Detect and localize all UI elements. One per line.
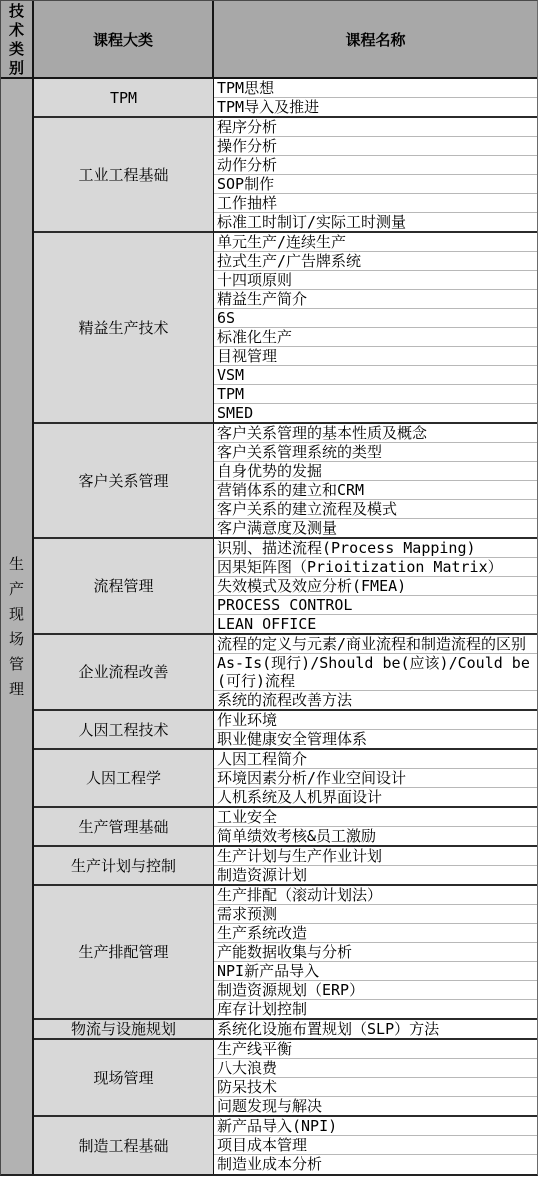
course-name-cell: 精益生产简介 [214,290,537,309]
group-row: 精益生产技术单元生产/连续生产拉式生产/广告牌系统十四项原则精益生产简介6S标准… [34,233,537,424]
course-name-cell: 失效模式及效应分析(FMEA) [214,577,537,596]
course-list: 新产品导入(NPI)项目成本管理制造业成本分析 [214,1117,537,1174]
course-name-cell: 程序分析 [214,118,537,137]
table-body: 生产现场管理 TPMTPM思想TPM导入及推进工业工程基础程序分析操作分析动作分… [1,79,537,1174]
header-tech-category-label: 技术类别 [9,2,25,77]
course-list: 生产计划与生产作业计划制造资源计划 [214,847,537,886]
course-list: 客户关系管理的基本性质及概念客户关系管理系统的类型自身优势的发掘营销体系的建立和… [214,424,537,539]
course-name-cell: VSM [214,366,537,385]
course-name-cell: 拉式生产/广告牌系统 [214,252,537,271]
course-list: 系统化设施布置规划（SLP）方法 [214,1020,537,1040]
course-name-cell: 人机系统及人机界面设计 [214,788,537,808]
course-name-cell: As-Is(现行)/Should be(应该)/Could be(可行)流程 [214,654,537,691]
course-name-cell: 作业环境 [214,711,537,730]
course-list: 生产排配（滚动计划法）需求预测生产系统改造产能数据收集与分析NPI新产品导入制造… [214,886,537,1020]
course-category-cell: TPM [34,79,214,118]
course-name-cell: LEAN OFFICE [214,615,537,635]
course-name-cell: SOP制作 [214,175,537,194]
course-name-cell: 制造业成本分析 [214,1155,537,1174]
course-category-cell: 制造工程基础 [34,1117,214,1174]
course-name-cell: 营销体系的建立和CRM [214,481,537,500]
course-list: 识别、描述流程(Process Mapping)因果矩阵图（Prioitizat… [214,539,537,635]
course-list: 工业安全简单绩效考核&员工激励 [214,808,537,847]
group-row: 生产计划与控制生产计划与生产作业计划制造资源计划 [34,847,537,886]
course-category-cell: 生产排配管理 [34,886,214,1020]
course-name-cell: 标准工时制订/实际工时测量 [214,213,537,233]
course-list: 流程的定义与元素/商业流程和制造流程的区别As-Is(现行)/Should be… [214,635,537,711]
course-name-cell: 生产系统改造 [214,924,537,943]
course-name-cell: 问题发现与解决 [214,1097,537,1117]
course-name-cell: 系统的流程改善方法 [214,691,537,711]
course-name-cell: 生产排配（滚动计划法） [214,886,537,905]
course-name-cell: 十四项原则 [214,271,537,290]
group-row: TPMTPM思想TPM导入及推进 [34,79,537,118]
course-category-cell: 流程管理 [34,539,214,635]
course-name-cell: 客户关系管理系统的类型 [214,443,537,462]
course-category-cell: 生产管理基础 [34,808,214,847]
group-row: 流程管理识别、描述流程(Process Mapping)因果矩阵图（Prioit… [34,539,537,635]
course-category-cell: 企业流程改善 [34,635,214,711]
course-category-cell: 人因工程学 [34,750,214,808]
group-row: 工业工程基础程序分析操作分析动作分析SOP制作工作抽样标准工时制订/实际工时测量 [34,118,537,233]
course-list: 单元生产/连续生产拉式生产/广告牌系统十四项原则精益生产简介6S标准化生产目视管… [214,233,537,424]
course-name-cell: 简单绩效考核&员工激励 [214,827,537,847]
side-category-cell: 生产现场管理 [1,79,34,1174]
side-category-label: 生产现场管理 [9,552,25,702]
course-name-cell: 制造资源计划 [214,866,537,886]
course-name-cell: 工业安全 [214,808,537,827]
group-row: 现场管理生产线平衡八大浪费防呆技术问题发现与解决 [34,1040,537,1117]
course-name-cell: 客户关系的建立流程及模式 [214,500,537,519]
course-name-cell: 客户关系管理的基本性质及概念 [214,424,537,443]
course-category-cell: 客户关系管理 [34,424,214,539]
header-course-name-cell: 课程名称 [214,1,537,77]
course-category-cell: 工业工程基础 [34,118,214,233]
course-name-cell: 工作抽样 [214,194,537,213]
groups-container: TPMTPM思想TPM导入及推进工业工程基础程序分析操作分析动作分析SOP制作工… [34,79,537,1174]
course-name-cell: TPM [214,385,537,404]
course-name-cell: TPM导入及推进 [214,98,537,118]
course-name-cell: 新产品导入(NPI) [214,1117,537,1136]
table-header-row: 技术类别 课程大类 课程名称 [1,1,537,79]
course-name-cell: 库存计划控制 [214,1000,537,1020]
course-category-cell: 精益生产技术 [34,233,214,424]
course-name-cell: 生产计划与生产作业计划 [214,847,537,866]
course-list: TPM思想TPM导入及推进 [214,79,537,118]
group-row: 生产排配管理生产排配（滚动计划法）需求预测生产系统改造产能数据收集与分析NPI新… [34,886,537,1020]
course-name-cell: 项目成本管理 [214,1136,537,1155]
course-name-cell: 流程的定义与元素/商业流程和制造流程的区别 [214,635,537,654]
course-name-cell: SMED [214,404,537,424]
course-name-cell: 客户满意度及测量 [214,519,537,539]
course-name-cell: 产能数据收集与分析 [214,943,537,962]
course-name-cell: NPI新产品导入 [214,962,537,981]
group-row: 人因工程学人因工程简介环境因素分析/作业空间设计人机系统及人机界面设计 [34,750,537,808]
course-list: 程序分析操作分析动作分析SOP制作工作抽样标准工时制订/实际工时测量 [214,118,537,233]
course-name-cell: 制造资源规划（ERP） [214,981,537,1000]
group-row: 生产管理基础工业安全简单绩效考核&员工激励 [34,808,537,847]
course-name-cell: 系统化设施布置规划（SLP）方法 [214,1020,537,1040]
course-category-cell: 现场管理 [34,1040,214,1117]
course-name-cell: 人因工程简介 [214,750,537,769]
group-row: 物流与设施规划系统化设施布置规划（SLP）方法 [34,1020,537,1040]
course-list: 生产线平衡八大浪费防呆技术问题发现与解决 [214,1040,537,1117]
course-name-cell: 防呆技术 [214,1078,537,1097]
group-row: 企业流程改善流程的定义与元素/商业流程和制造流程的区别As-Is(现行)/Sho… [34,635,537,711]
group-row: 客户关系管理客户关系管理的基本性质及概念客户关系管理系统的类型自身优势的发掘营销… [34,424,537,539]
header-tech-category-cell: 技术类别 [1,1,34,77]
course-name-cell: 八大浪费 [214,1059,537,1078]
course-name-cell: PROCESS CONTROL [214,596,537,615]
course-category-cell: 物流与设施规划 [34,1020,214,1040]
course-name-cell: 操作分析 [214,137,537,156]
course-name-cell: TPM思想 [214,79,537,98]
course-list: 作业环境职业健康安全管理体系 [214,711,537,750]
course-name-cell: 目视管理 [214,347,537,366]
course-name-cell: 标准化生产 [214,328,537,347]
header-course-category-cell: 课程大类 [34,1,214,77]
group-row: 制造工程基础新产品导入(NPI)项目成本管理制造业成本分析 [34,1117,537,1174]
course-name-cell: 自身优势的发掘 [214,462,537,481]
course-name-cell: 识别、描述流程(Process Mapping) [214,539,537,558]
course-list: 人因工程简介环境因素分析/作业空间设计人机系统及人机界面设计 [214,750,537,808]
course-table: 技术类别 课程大类 课程名称 生产现场管理 TPMTPM思想TPM导入及推进工业… [0,0,538,1176]
course-category-cell: 生产计划与控制 [34,847,214,886]
group-row: 人因工程技术作业环境职业健康安全管理体系 [34,711,537,750]
course-name-cell: 动作分析 [214,156,537,175]
course-name-cell: 因果矩阵图（Prioitization Matrix） [214,558,537,577]
course-category-cell: 人因工程技术 [34,711,214,750]
course-name-cell: 生产线平衡 [214,1040,537,1059]
course-name-cell: 6S [214,309,537,328]
course-name-cell: 需求预测 [214,905,537,924]
course-name-cell: 单元生产/连续生产 [214,233,537,252]
course-name-cell: 环境因素分析/作业空间设计 [214,769,537,788]
course-name-cell: 职业健康安全管理体系 [214,730,537,750]
